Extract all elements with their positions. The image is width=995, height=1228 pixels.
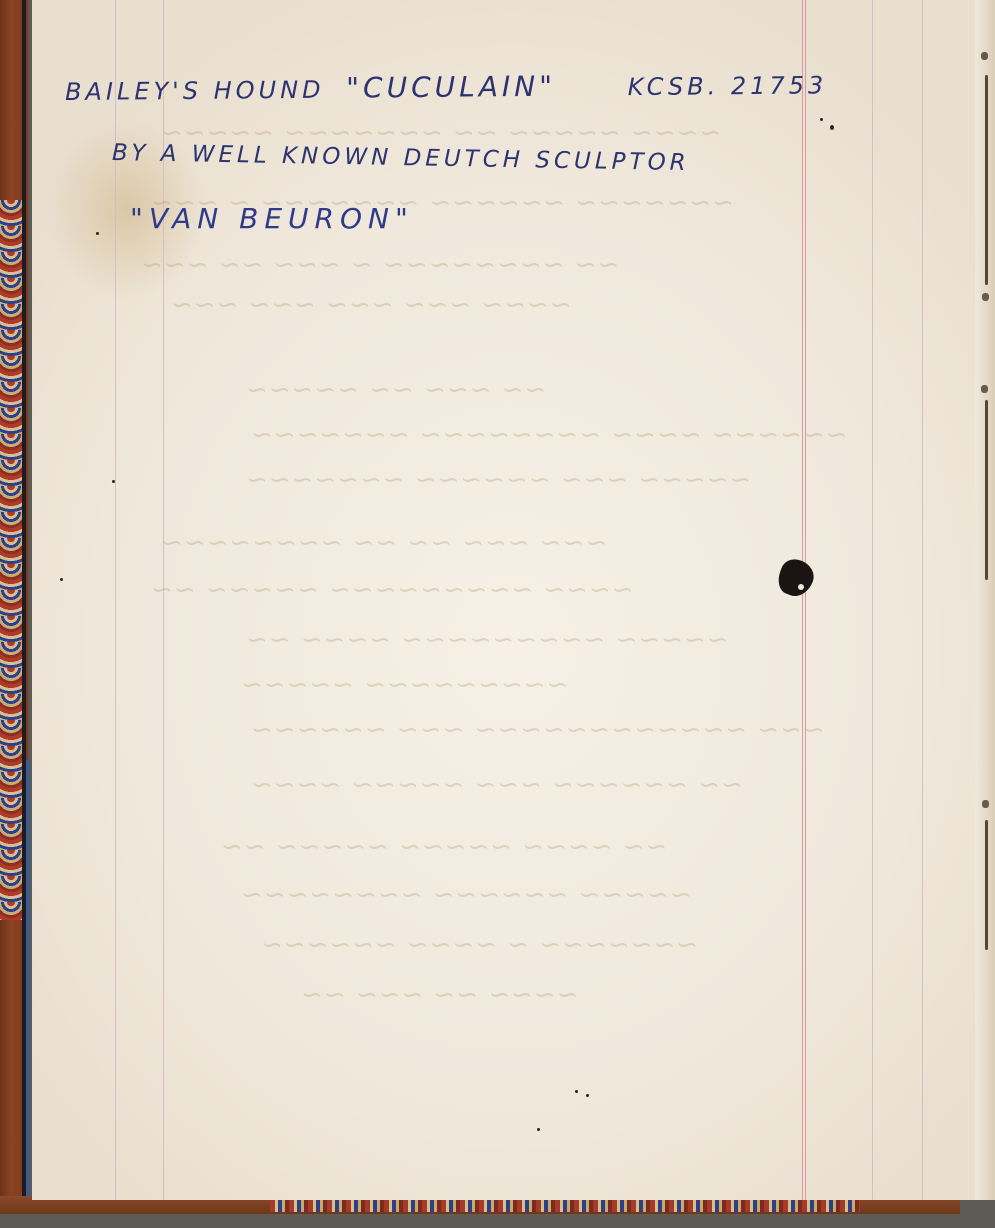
handwriting-hound-name: "CUCULAIN" [346, 70, 556, 105]
bleed-through-text: ~~~ ~~~~~~~~~~~~ ~~~ ~~~~~~ [250, 715, 825, 745]
margin-rule-red-2 [805, 0, 806, 1200]
margin-rule-red-1 [802, 0, 803, 1200]
ink-speck [60, 578, 63, 581]
marbled-endpaper-edge [0, 200, 22, 920]
handwriting-registry-number: KCSB. 21753 [628, 71, 828, 101]
ink-speck [820, 118, 823, 121]
cover-blue-edge [26, 760, 30, 1200]
bleed-through-text: ~~ ~~~~ ~~~~~ ~~~~~ ~~ [220, 832, 667, 862]
bleed-through-text: ~~~~~ ~~~~~~~~~ ~~~~ ~~ [245, 625, 729, 655]
bleed-through-text: ~~ ~~~ ~~ ~~~~~ [245, 375, 546, 405]
ink-speck [575, 1090, 578, 1093]
handwriting-line-1: BAILEY'S HOUND "CUCULAIN" KCSB. 21753 [65, 67, 828, 107]
bleed-through-text: ~~~~ ~~ ~~~ ~~ [300, 980, 578, 1010]
binding-thread [985, 820, 988, 950]
scan-background [0, 1214, 995, 1228]
ruled-line-right-2 [922, 0, 923, 1200]
binding-knot [982, 293, 989, 301]
bleed-through-text: ~~~~~ ~~~~~~ ~~~~~~~~ [240, 880, 691, 910]
handwriting-line-3: "VAN BEURON" [130, 202, 414, 235]
bleed-through-text: ~~~~~~~ ~ ~~~~ ~~~~~~ [260, 930, 698, 960]
bleed-through-text: ~~~~~ ~~~ ~~~~~~ ~~~~~~~ [245, 465, 751, 495]
handwriting-subject: BAILEY'S HOUND [65, 76, 325, 106]
bleed-through-text: ~~~~~~~~~ ~~~~~ [240, 670, 568, 700]
ink-speck [96, 232, 99, 235]
ruled-line-right-1 [872, 0, 873, 1200]
binding-knot [981, 385, 988, 393]
binding-knot [982, 800, 989, 808]
document-scan: ~~~~ ~~~~~ ~~ ~~~~~~~ ~~~~~ ~~~~~~~ ~~~~… [0, 0, 995, 1228]
ink-speck [112, 480, 115, 483]
binding-thread [985, 400, 988, 580]
bleed-through-text: ~~~~~~ ~~~~ ~~~~~~~~ ~~~~~~~ [250, 420, 847, 450]
binding-knot [981, 52, 988, 60]
bleed-through-text: ~~~~ ~~~ ~~~ ~~~ ~~~ [170, 290, 572, 320]
ruled-line-left-1 [115, 0, 116, 1200]
marbled-bottom-edge [270, 1200, 860, 1212]
binding-thread [985, 75, 988, 285]
ink-speck [586, 1094, 589, 1097]
binding-edge [975, 0, 995, 1200]
bleed-through-text: ~~~ ~~~ ~~ ~~ ~~~~~~~~ [160, 528, 607, 558]
ink-speck [537, 1128, 540, 1131]
ink-speck [830, 125, 834, 130]
bleed-through-text: ~~ ~~~~~~ ~~~ ~~~~~ ~~~~ [250, 770, 743, 800]
bleed-through-text: ~~ ~~~~~~~~ ~ ~~~ ~~ ~~~ [140, 250, 619, 280]
bleed-through-text: ~~~~ ~~~~~~~~~ ~~~~~ ~~ [150, 575, 634, 605]
ink-blot-hole [798, 584, 804, 590]
